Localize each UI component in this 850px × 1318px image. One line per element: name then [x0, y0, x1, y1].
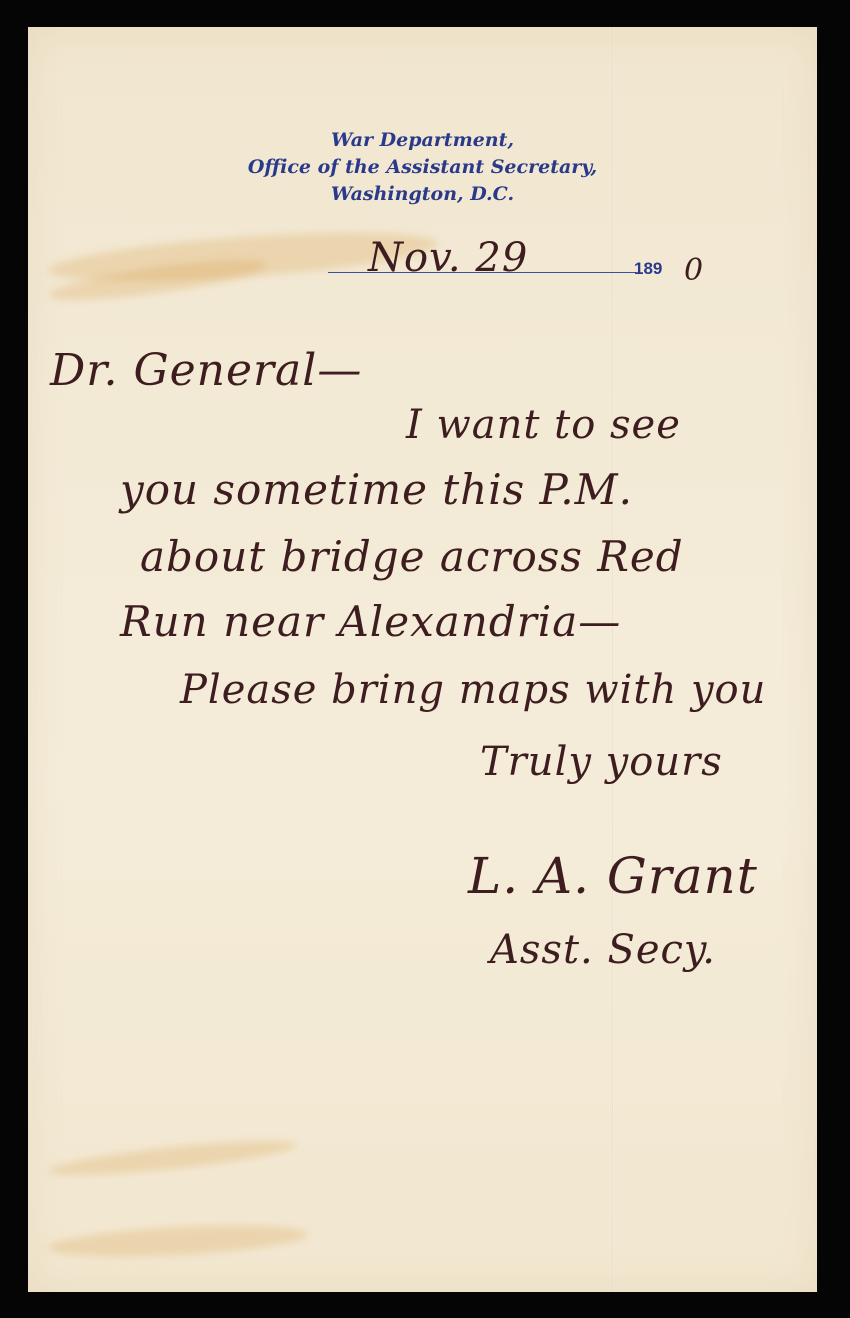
- water-stain-bottom-2: [47, 1220, 308, 1262]
- body-line: I want to see: [406, 402, 681, 448]
- water-stain-bottom-1: [48, 1134, 299, 1182]
- body-line: about bridge across Red: [140, 532, 684, 581]
- salutation: Dr. General—: [50, 345, 362, 396]
- date-handwritten: Nov. 29: [368, 235, 528, 281]
- body-line: you sometime this P.M.: [120, 465, 633, 514]
- letterhead-department: War Department,: [28, 127, 817, 154]
- body-line: Please bring maps with you: [180, 667, 766, 713]
- closing: Truly yours: [480, 739, 723, 785]
- date-year-printed: 189: [634, 259, 662, 279]
- signature: L. A. Grant: [468, 847, 758, 905]
- paper-fold-crease: [612, 27, 614, 1292]
- letterhead-city: Washington, D.C.: [28, 181, 817, 208]
- letterhead-office: Office of the Assistant Secretary,: [28, 154, 817, 181]
- letter-paper: War Department, Office of the Assistant …: [28, 27, 817, 1292]
- signature-title: Asst. Secy.: [490, 927, 716, 973]
- body-line: Run near Alexandria—: [120, 597, 621, 646]
- date-year-handwritten: 0: [684, 253, 704, 288]
- letterhead: War Department, Office of the Assistant …: [28, 127, 817, 208]
